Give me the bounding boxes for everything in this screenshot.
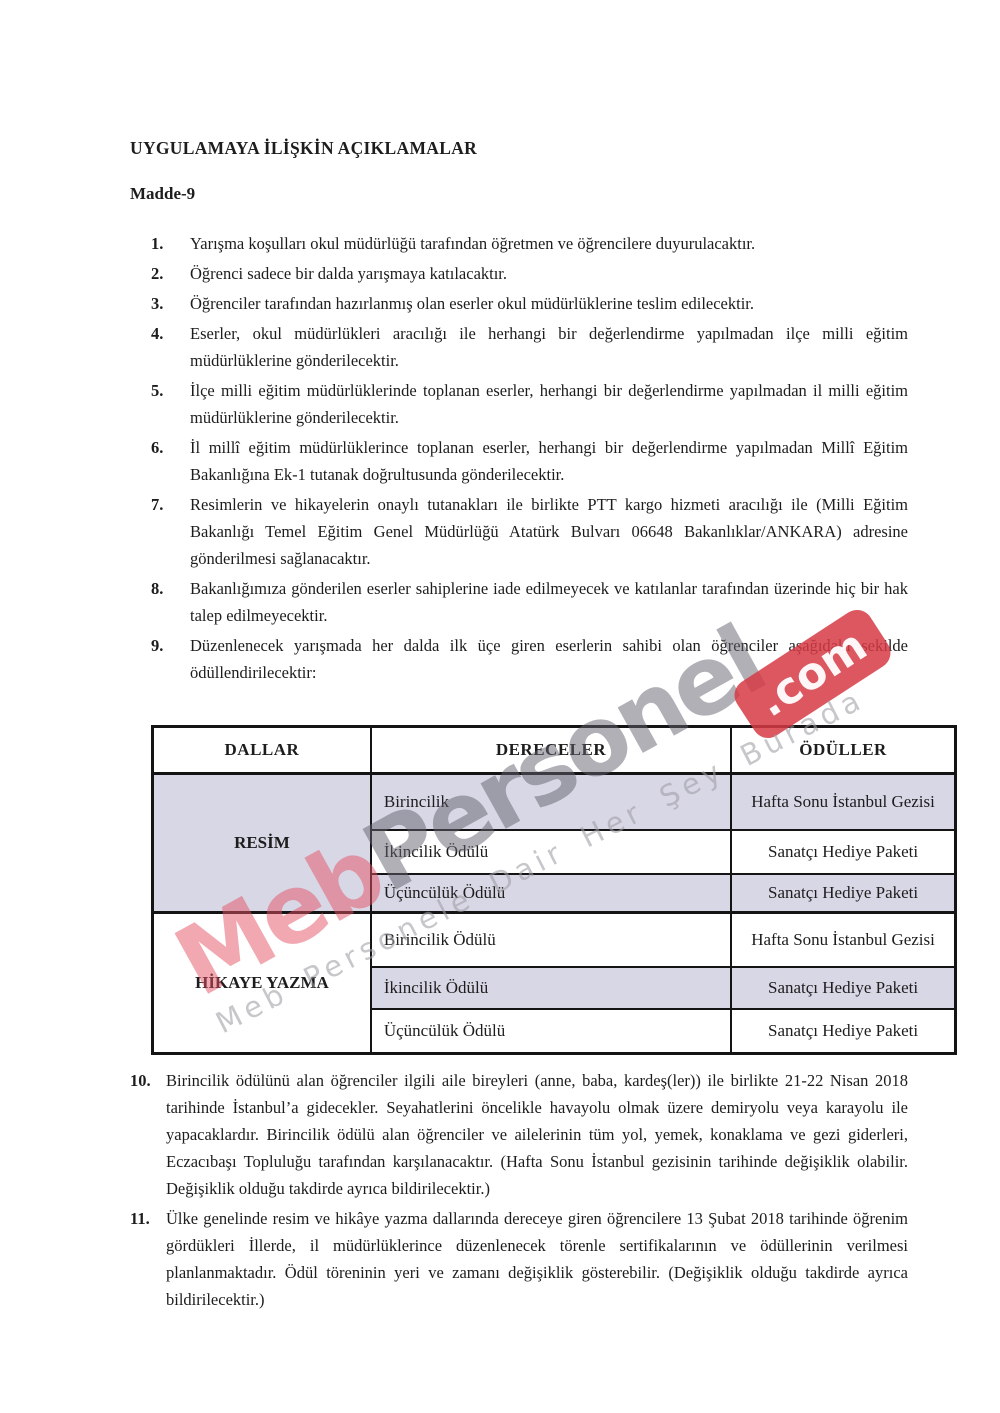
prize-cell: Sanatçı Hediye Paketi bbox=[731, 830, 955, 874]
list-item: 6. İl millî eğitim müdürlüklerince topla… bbox=[130, 434, 908, 488]
list-item-number: 4. bbox=[151, 320, 190, 374]
list-item: 4. Eserler, okul müdürlükleri aracılığı … bbox=[130, 320, 908, 374]
prizes-table: DALLAR DERECELER ÖDÜLLER RESİM Birincili… bbox=[151, 725, 957, 1055]
list-item: 3. Öğrenciler tarafından hazırlanmış ola… bbox=[130, 290, 908, 317]
list-item: 7. Resimlerin ve hikayelerin onaylı tuta… bbox=[130, 491, 908, 572]
list-item-number: 5. bbox=[151, 377, 190, 431]
madde-list: 1. Yarışma koşulları okul müdürlüğü tara… bbox=[130, 230, 908, 686]
list-item-number: 2. bbox=[151, 260, 190, 287]
list-item-text: İlçe milli eğitim müdürlüklerinde toplan… bbox=[190, 377, 908, 431]
scanned-document-page: UYGULAMAYA İLİŞKİN AÇIKLAMALAR Madde-9 1… bbox=[0, 0, 1000, 1413]
list-item: 1. Yarışma koşulları okul müdürlüğü tara… bbox=[130, 230, 908, 257]
list-item-text: Öğrenci sadece bir dalda yarışmaya katıl… bbox=[190, 260, 908, 287]
prize-cell: Sanatçı Hediye Paketi bbox=[731, 874, 955, 913]
rank-cell: Üçüncülük Ödülü bbox=[371, 874, 731, 913]
list-item: 2. Öğrenci sadece bir dalda yarışmaya ka… bbox=[130, 260, 908, 287]
branch-cell-resim: RESİM bbox=[153, 774, 371, 913]
list-item: 9. Düzenlenecek yarışmada her dalda ilk … bbox=[130, 632, 908, 686]
list-item: 5. İlçe milli eğitim müdürlüklerinde top… bbox=[130, 377, 908, 431]
prize-cell: Hafta Sonu İstanbul Gezisi bbox=[731, 774, 955, 831]
list-item-number: 1. bbox=[151, 230, 190, 257]
madde-list-continued: 10. Birincilik ödülünü alan öğrenciler i… bbox=[130, 1067, 908, 1313]
list-item: 8. Bakanlığımıza gönderilen eserler sahi… bbox=[130, 575, 908, 629]
list-item-number: 9. bbox=[151, 632, 190, 686]
list-item-text: Birincilik ödülünü alan öğrenciler ilgil… bbox=[166, 1067, 908, 1202]
rank-cell: İkincilik Ödülü bbox=[371, 830, 731, 874]
list-item-text: Bakanlığımıza gönderilen eserler sahiple… bbox=[190, 575, 908, 629]
list-item-text: Eserler, okul müdürlükleri aracılığı ile… bbox=[190, 320, 908, 374]
table-row: HİKAYE YAZMA Birincilik Ödülü Hafta Sonu… bbox=[153, 913, 956, 968]
column-header-dereceler: DERECELER bbox=[371, 727, 731, 774]
list-item-text: Ülke genelinde resim ve hikâye yazma dal… bbox=[166, 1205, 908, 1313]
list-item-number: 3. bbox=[151, 290, 190, 317]
prize-cell: Sanatçı Hediye Paketi bbox=[731, 1009, 955, 1054]
list-item-number: 7. bbox=[151, 491, 190, 572]
table-row: RESİM Birincilik Hafta Sonu İstanbul Gez… bbox=[153, 774, 956, 831]
column-header-oduller: ÖDÜLLER bbox=[731, 727, 955, 774]
table-header-row: DALLAR DERECELER ÖDÜLLER bbox=[153, 727, 956, 774]
list-item-number: 10. bbox=[130, 1067, 166, 1202]
branch-cell-hikaye-yazma: HİKAYE YAZMA bbox=[153, 913, 371, 1054]
list-item-number: 6. bbox=[151, 434, 190, 488]
prize-cell: Sanatçı Hediye Paketi bbox=[731, 967, 955, 1009]
rank-cell: Üçüncülük Ödülü bbox=[371, 1009, 731, 1054]
document-content: UYGULAMAYA İLİŞKİN AÇIKLAMALAR Madde-9 1… bbox=[130, 138, 908, 1316]
prize-cell: Hafta Sonu İstanbul Gezisi bbox=[731, 913, 955, 968]
list-item-text: İl millî eğitim müdürlüklerince toplanan… bbox=[190, 434, 908, 488]
list-item-number: 8. bbox=[151, 575, 190, 629]
column-header-dallar: DALLAR bbox=[153, 727, 371, 774]
list-item-text: Düzenlenecek yarışmada her dalda ilk üçe… bbox=[190, 632, 908, 686]
list-item-text: Öğrenciler tarafından hazırlanmış olan e… bbox=[190, 290, 908, 317]
list-item-text: Resimlerin ve hikayelerin onaylı tutanak… bbox=[190, 491, 908, 572]
page-title: UYGULAMAYA İLİŞKİN AÇIKLAMALAR bbox=[130, 138, 908, 159]
rank-cell: Birincilik Ödülü bbox=[371, 913, 731, 968]
rank-cell: Birincilik bbox=[371, 774, 731, 831]
list-item: 11. Ülke genelinde resim ve hikâye yazma… bbox=[130, 1205, 908, 1313]
article-heading: Madde-9 bbox=[130, 184, 908, 204]
list-item-number: 11. bbox=[130, 1205, 166, 1313]
list-item: 10. Birincilik ödülünü alan öğrenciler i… bbox=[130, 1067, 908, 1202]
list-item-text: Yarışma koşulları okul müdürlüğü tarafın… bbox=[190, 230, 908, 257]
rank-cell: İkincilik Ödülü bbox=[371, 967, 731, 1009]
